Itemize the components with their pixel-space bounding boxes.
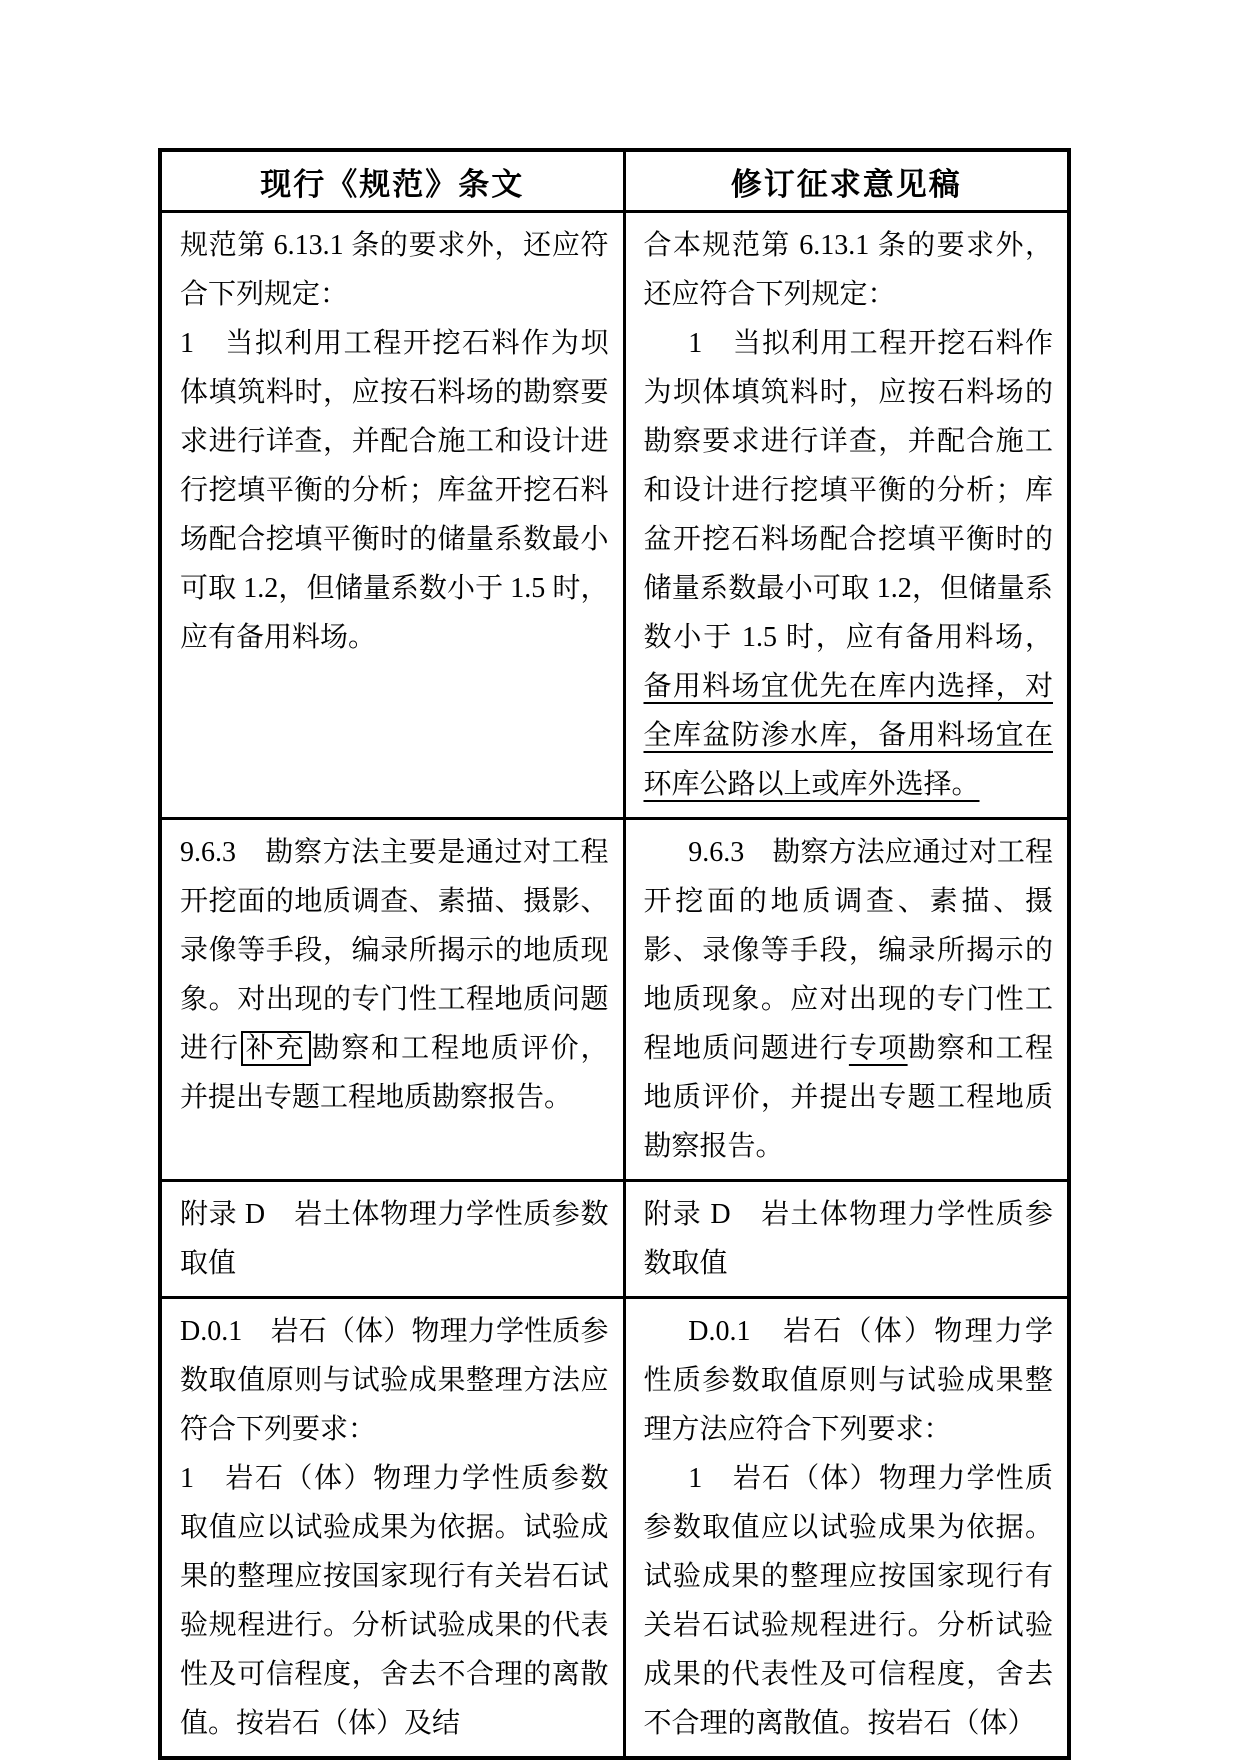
text-segment: 9.6.3 勘察方法应通过对工程开挖面的地质调查、素描、摄影、录像等手段，编录所… (644, 837, 1054, 1064)
header-revision-draft: 修订征求意见稿 (624, 150, 1069, 212)
cell-revised-clause: 附录 D 岩土体物理力学性质参数取值 (624, 1181, 1069, 1298)
paragraph: 9.6.3 勘察方法主要是通过对工程开挖面的地质调查、素描、摄影、录像等手段，编… (180, 828, 609, 1122)
boxed-deleted-text: 补充 (241, 1031, 311, 1066)
table-row: 9.6.3 勘察方法主要是通过对工程开挖面的地质调查、素描、摄影、录像等手段，编… (160, 819, 1069, 1181)
paragraph: 1 岩石（体）物理力学性质参数取值应以试验成果为依据。试验成果的整理应按国家现行… (180, 1454, 609, 1748)
paragraph: 附录 D 岩土体物理力学性质参数取值 (180, 1190, 609, 1288)
cell-revised-clause: 9.6.3 勘察方法应通过对工程开挖面的地质调查、素描、摄影、录像等手段，编录所… (624, 819, 1069, 1181)
paragraph: 9.6.3 勘察方法应通过对工程开挖面的地质调查、素描、摄影、录像等手段，编录所… (644, 828, 1054, 1171)
text-segment: 1 当拟利用工程开挖石料作为坝体填筑料时，应按石料场的勘察要求进行详查，并配合施… (644, 328, 1054, 653)
text-segment: 附录 D 岩土体物理力学性质参数取值 (644, 1199, 1054, 1279)
comparison-table-body: 规范第 6.13.1 条的要求外，还应符合下列规定：1 当拟利用工程开挖石料作为… (160, 212, 1069, 1759)
cell-revised-clause: 合本规范第 6.13.1 条的要求外，还应符合下列规定：1 当拟利用工程开挖石料… (624, 212, 1069, 819)
paragraph: 合本规范第 6.13.1 条的要求外，还应符合下列规定： (644, 221, 1054, 319)
document-page: 现行《规范》条文 修订征求意见稿 规范第 6.13.1 条的要求外，还应符合下列… (0, 0, 1240, 1753)
paragraph: 1 当拟利用工程开挖石料作为坝体填筑料时，应按石料场的勘察要求进行详查，并配合施… (180, 319, 609, 662)
paragraph: 1 岩石（体）物理力学性质参数取值应以试验成果为依据。试验成果的整理应按国家现行… (644, 1454, 1054, 1748)
paragraph: 规范第 6.13.1 条的要求外，还应符合下列规定： (180, 221, 609, 319)
cell-current-clause: D.0.1 岩石（体）物理力学性质参数取值原则与试验成果整理方法应符合下列要求：… (160, 1298, 624, 1759)
paragraph: 1 当拟利用工程开挖石料作为坝体填筑料时，应按石料场的勘察要求进行详查，并配合施… (644, 319, 1054, 809)
text-segment: 1 岩石（体）物理力学性质参数取值应以试验成果为依据。试验成果的整理应按国家现行… (180, 1463, 609, 1739)
text-segment: 1 当拟利用工程开挖石料作为坝体填筑料时，应按石料场的勘察要求进行详查，并配合施… (180, 328, 609, 653)
text-segment: D.0.1 岩石（体）物理力学性质参数取值原则与试验成果整理方法应符合下列要求： (180, 1316, 609, 1445)
cell-revised-clause: D.0.1 岩石（体）物理力学性质参数取值原则与试验成果整理方法应符合下列要求：… (624, 1298, 1069, 1759)
text-segment: 规范第 6.13.1 条的要求外，还应符合下列规定： (180, 230, 609, 310)
table-row: 规范第 6.13.1 条的要求外，还应符合下列规定：1 当拟利用工程开挖石料作为… (160, 212, 1069, 819)
paragraph: D.0.1 岩石（体）物理力学性质参数取值原则与试验成果整理方法应符合下列要求： (644, 1307, 1054, 1454)
table-row: 附录 D 岩土体物理力学性质参数取值附录 D 岩土体物理力学性质参数取值 (160, 1181, 1069, 1298)
paragraph: 附录 D 岩土体物理力学性质参数取值 (644, 1190, 1054, 1288)
cell-current-clause: 9.6.3 勘察方法主要是通过对工程开挖面的地质调查、素描、摄影、录像等手段，编… (160, 819, 624, 1181)
text-segment: D.0.1 岩石（体）物理力学性质参数取值原则与试验成果整理方法应符合下列要求： (644, 1316, 1054, 1445)
paragraph: D.0.1 岩石（体）物理力学性质参数取值原则与试验成果整理方法应符合下列要求： (180, 1307, 609, 1454)
cell-current-clause: 附录 D 岩土体物理力学性质参数取值 (160, 1181, 624, 1298)
text-segment: 附录 D 岩土体物理力学性质参数取值 (180, 1199, 609, 1279)
text-segment: 1 岩石（体）物理力学性质参数取值应以试验成果为依据。试验成果的整理应按国家现行… (644, 1463, 1054, 1739)
cell-current-clause: 规范第 6.13.1 条的要求外，还应符合下列规定：1 当拟利用工程开挖石料作为… (160, 212, 624, 819)
comparison-table: 现行《规范》条文 修订征求意见稿 规范第 6.13.1 条的要求外，还应符合下列… (158, 148, 1071, 1760)
underlined-inserted-text: 专项 (849, 1033, 908, 1064)
underlined-inserted-text: 备用料场宜优先在库内选择，对全库盆防渗水库，备用料场宜在环库公路以上或库外选择。 (644, 671, 1054, 800)
table-row: D.0.1 岩石（体）物理力学性质参数取值原则与试验成果整理方法应符合下列要求：… (160, 1298, 1069, 1759)
header-current-clause: 现行《规范》条文 (160, 150, 624, 212)
header-row: 现行《规范》条文 修订征求意见稿 (160, 150, 1069, 212)
text-segment: 9.6.3 勘察方法主要是通过对工程开挖面的地质调查、素描、摄影、录像等手段，编… (180, 837, 609, 1064)
text-segment: 合本规范第 6.13.1 条的要求外，还应符合下列规定： (644, 230, 1054, 310)
